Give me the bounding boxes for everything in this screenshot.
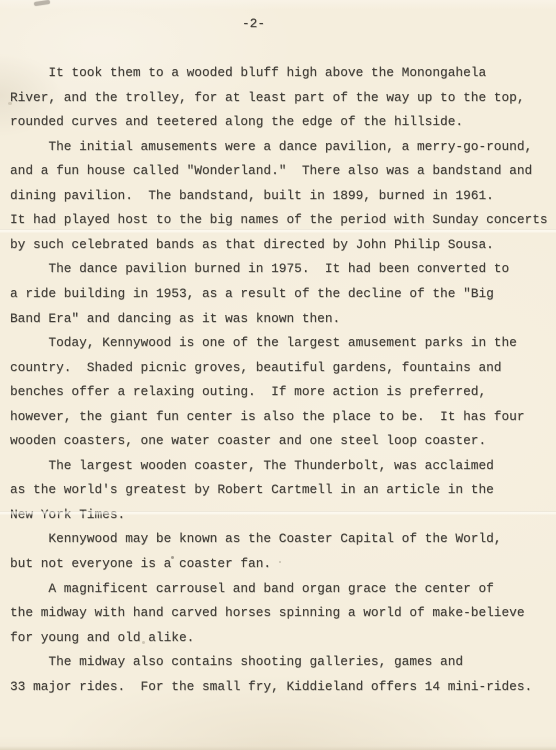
text-line: Band Era" and dancing as it was known th… (10, 307, 556, 332)
text-line: 33 major rides. For the small fry, Kiddi… (10, 675, 556, 700)
text-line: River, and the trolley, for at least par… (10, 86, 556, 111)
text-line: The initial amusements were a dance pavi… (10, 135, 556, 160)
text-line: the midway with hand carved horses spinn… (10, 601, 556, 626)
scanned-typewritten-page: { "page": { "number": "-2-", "paper_colo… (0, 0, 556, 750)
text-line: but not everyone is a coaster fan. (10, 552, 556, 577)
text-line: Today, Kennywood is one of the largest a… (10, 331, 556, 356)
paragraph: The dance pavilion burned in 1975. It ha… (10, 257, 556, 331)
text-line: a ride building in 1953, as a result of … (10, 282, 556, 307)
paragraph: The initial amusements were a dance pavi… (10, 135, 556, 258)
document-body: It took them to a wooded bluff high abov… (10, 61, 556, 699)
text-line: for young and old alike. (10, 626, 556, 651)
text-line: rounded curves and teetered along the ed… (10, 110, 556, 135)
text-line: Kennywood may be known as the Coaster Ca… (10, 527, 556, 552)
text-line: The dance pavilion burned in 1975. It ha… (10, 257, 556, 282)
paragraph: The largest wooden coaster, The Thunderb… (10, 454, 556, 528)
text-line: It took them to a wooded bluff high abov… (10, 61, 556, 86)
text-line: and a fun house called "Wonderland." The… (10, 159, 556, 184)
text-line: dining pavilion. The bandstand, built in… (10, 184, 556, 209)
text-line: A magnificent carrousel and band organ g… (10, 577, 556, 602)
text-line: however, the giant fun center is also th… (10, 405, 556, 430)
text-line: benches offer a relaxing outing. If more… (10, 380, 556, 405)
paragraph: The midway also contains shooting galler… (10, 650, 556, 699)
text-line: New York Times. (10, 503, 556, 528)
document-page: -2- It took them to a wooded bluff high … (0, 0, 556, 750)
text-line: as the world's greatest by Robert Cartme… (10, 478, 556, 503)
text-line: The largest wooden coaster, The Thunderb… (10, 454, 556, 479)
text-line: It had played host to the big names of t… (10, 208, 556, 233)
text-line: wooden coasters, one water coaster and o… (10, 429, 556, 454)
paragraph: It took them to a wooded bluff high abov… (10, 61, 556, 135)
page-number: -2- (10, 12, 556, 37)
paragraph: A magnificent carrousel and band organ g… (10, 577, 556, 651)
text-line: The midway also contains shooting galler… (10, 650, 556, 675)
text-line: country. Shaded picnic groves, beautiful… (10, 356, 556, 381)
paragraph: Today, Kennywood is one of the largest a… (10, 331, 556, 454)
paragraph: Kennywood may be known as the Coaster Ca… (10, 527, 556, 576)
text-line: by such celebrated bands as that directe… (10, 233, 556, 258)
